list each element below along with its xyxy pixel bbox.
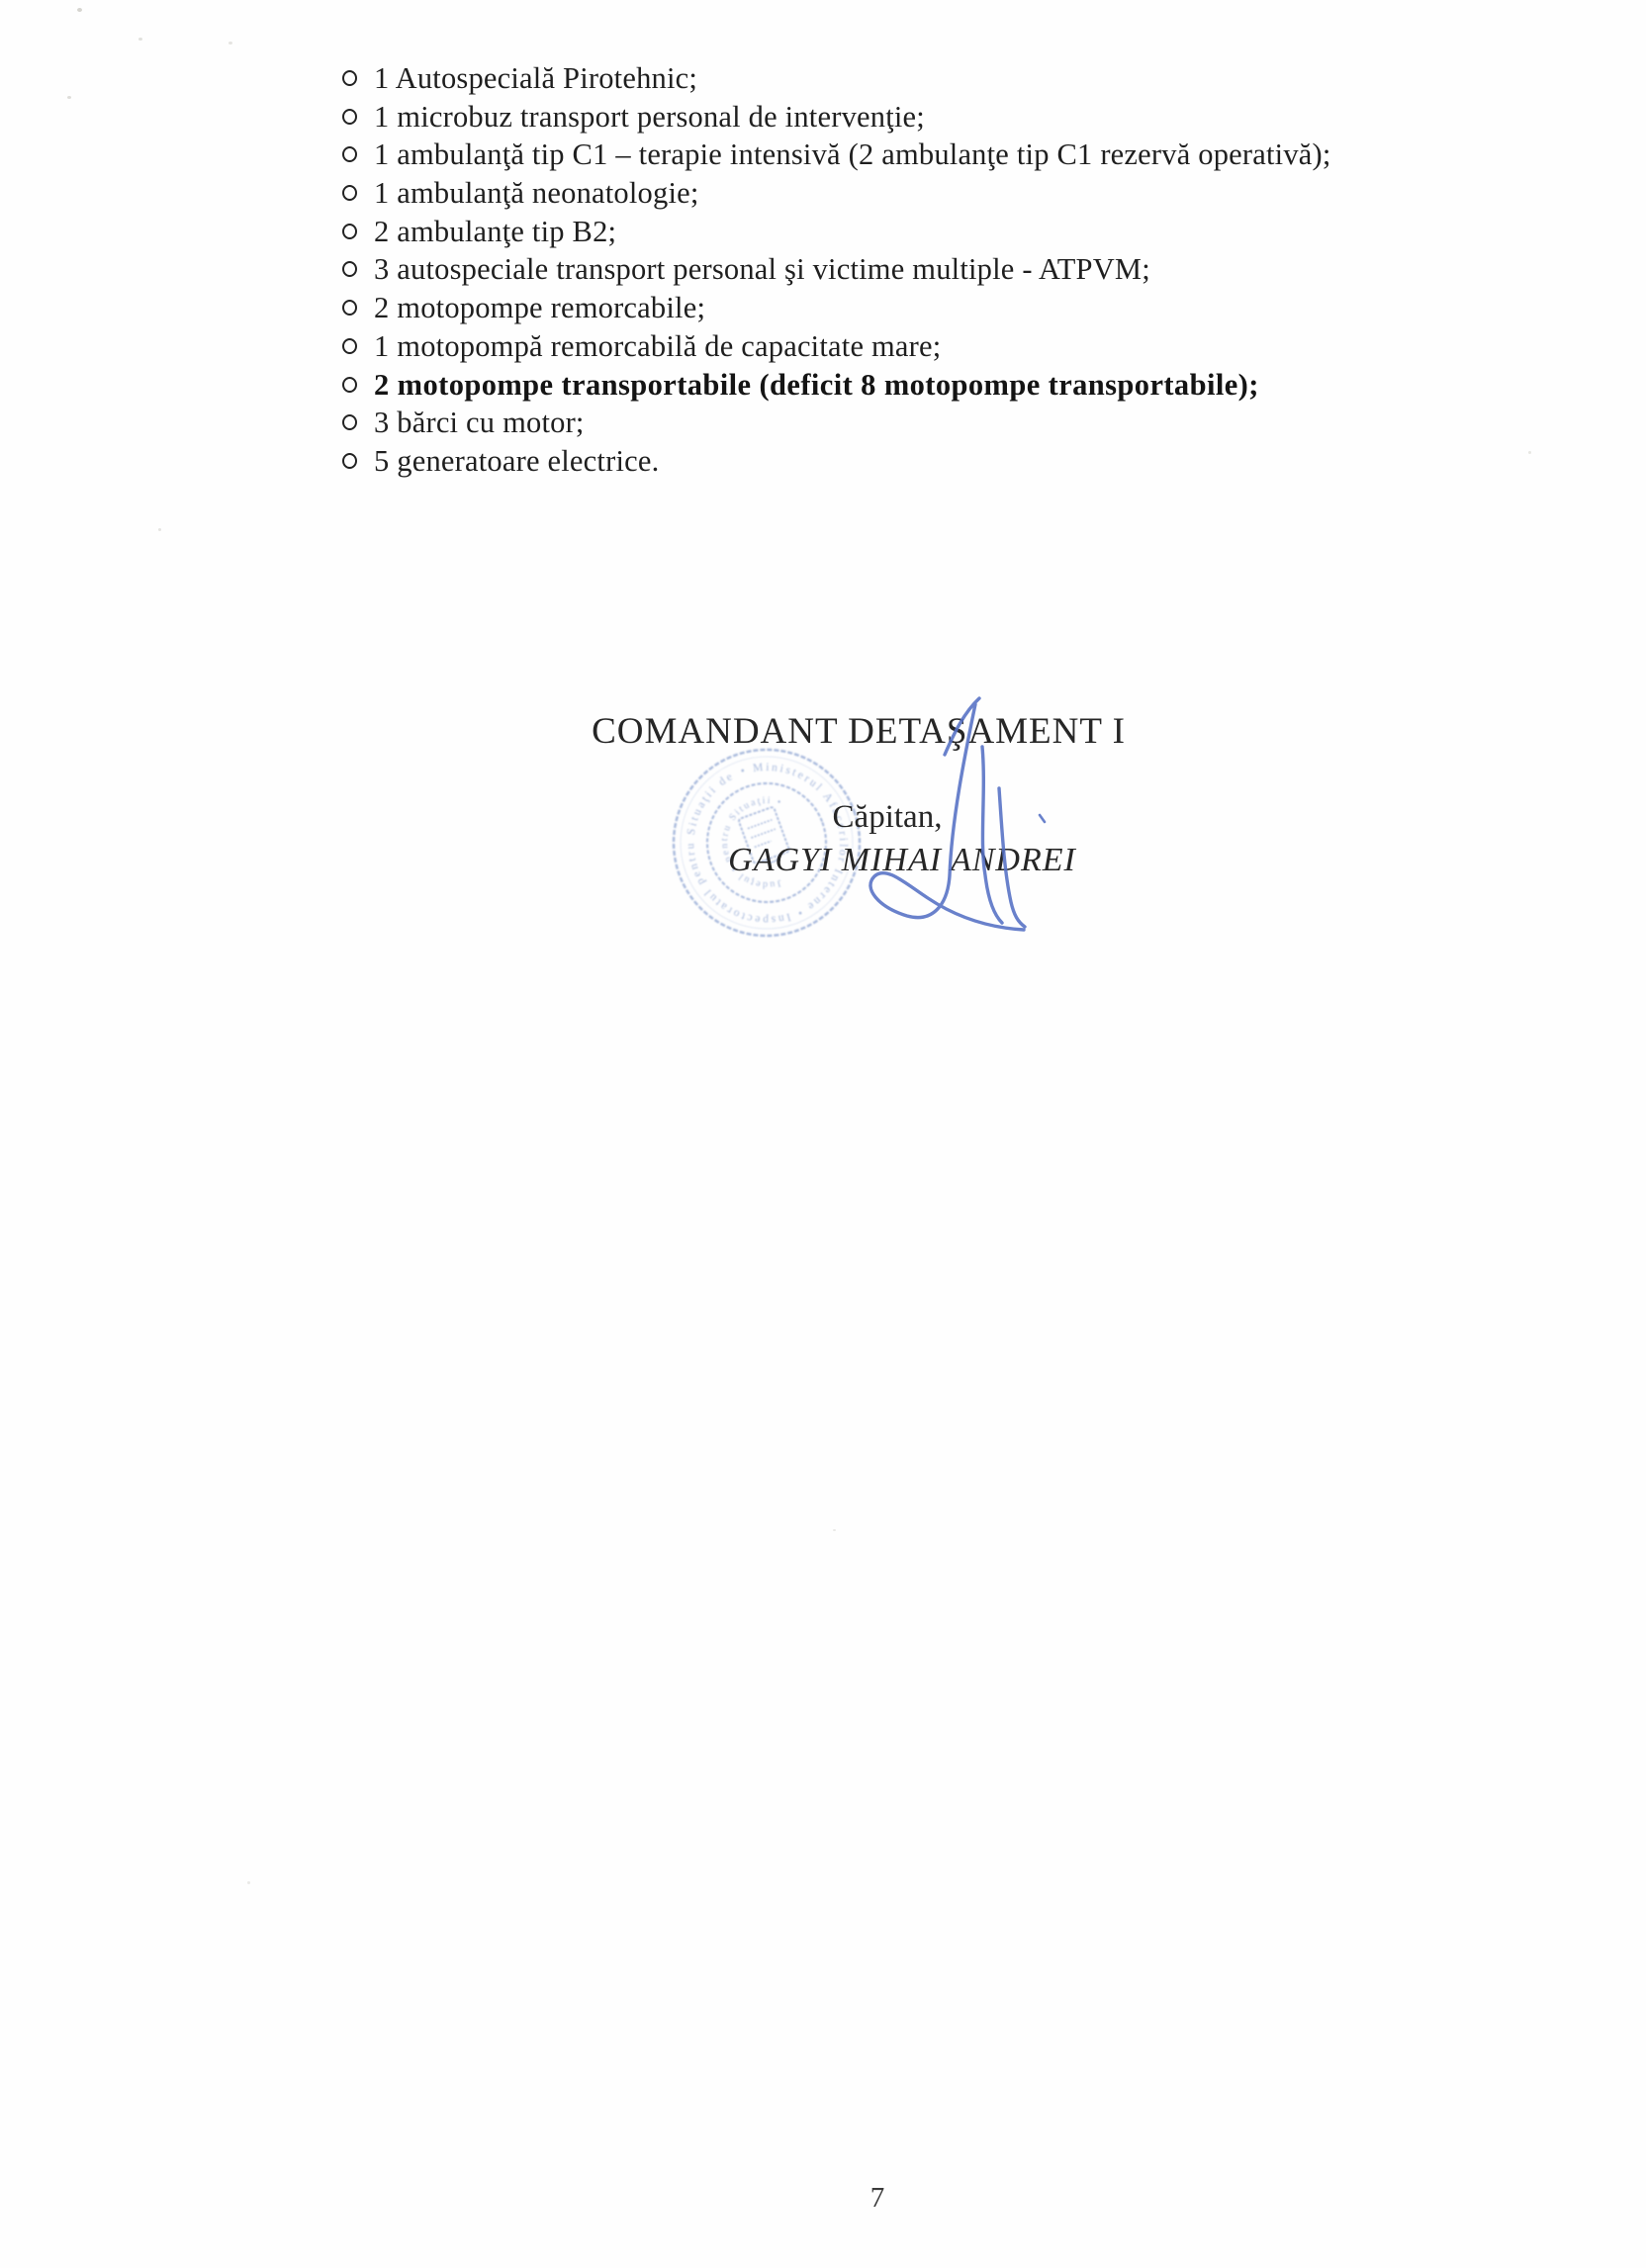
list-item-text: 2 ambulanţe tip B2; [374,215,616,248]
list-item-text-bold: 2 motopompe transportabile (deficit 8 mo… [374,368,1259,402]
list-item: 2 motopompe transportabile (deficit 8 mo… [341,366,1528,405]
list-item-text: 3 autospeciale transport personal şi vic… [374,252,1150,286]
list-item-text: 5 generatoare electrice. [374,444,659,478]
scan-speck [158,528,161,531]
circle-bullet-icon [342,109,357,125]
signature-stroke [999,788,1025,927]
circle-bullet-icon [342,185,357,201]
list-item-text: 1 ambulanţă neonatologie; [374,176,699,210]
list-item-text: 1 motopompă remorcabilă de capacitate ma… [374,329,941,363]
scan-speck [1528,451,1531,454]
list-item-text: 3 bărci cu motor; [374,406,585,439]
list-item: 1 motopompă remorcabilă de capacitate ma… [341,327,1528,366]
circle-bullet-icon [342,414,357,430]
list-item-text: 2 motopompe remorcabile; [374,291,705,324]
equipment-list: 1 Autospecială Pirotehnic; 1 microbuz tr… [341,59,1528,481]
list-item-text: 1 microbuz transport personal de interve… [374,100,925,134]
list-item-text: 1 ambulanţă tip C1 – terapie intensivă (… [374,137,1331,171]
list-item: 1 ambulanţă neonatologie; [341,174,1528,213]
list-item: 1 Autospecială Pirotehnic; [341,59,1528,98]
scan-speck [138,38,142,41]
circle-bullet-icon [342,300,357,316]
list-item: 1 ambulanţă tip C1 – terapie intensivă (… [341,136,1528,174]
list-item: 5 generatoare electrice. [341,442,1528,481]
circle-bullet-icon [342,70,357,86]
circle-bullet-icon [342,453,357,469]
scan-speck [67,96,71,99]
list-item: 3 autospeciale transport personal şi vic… [341,250,1528,289]
circle-bullet-icon [342,146,357,162]
signature-stroke [982,747,1002,923]
circle-bullet-icon [342,224,357,239]
handwritten-signature [846,682,1053,950]
list-item: 2 motopompe remorcabile; [341,289,1528,327]
scan-speck [833,1529,836,1531]
circle-bullet-icon [342,377,357,393]
circle-bullet-icon [342,338,357,354]
list-item: 1 microbuz transport personal de interve… [341,98,1528,136]
circle-bullet-icon [342,261,357,277]
list-item: 3 bărci cu motor; [341,404,1528,442]
page-number: 7 [870,2182,885,2215]
list-item: 2 ambulanţe tip B2; [341,213,1528,251]
list-item-text: 1 Autospecială Pirotehnic; [374,61,697,95]
document-page: 1 Autospecială Pirotehnic; 1 microbuz tr… [0,0,1646,2268]
scan-speck [247,1881,250,1884]
scan-speck [77,8,82,12]
scan-speck [229,42,232,45]
signature-stroke [1040,815,1045,822]
